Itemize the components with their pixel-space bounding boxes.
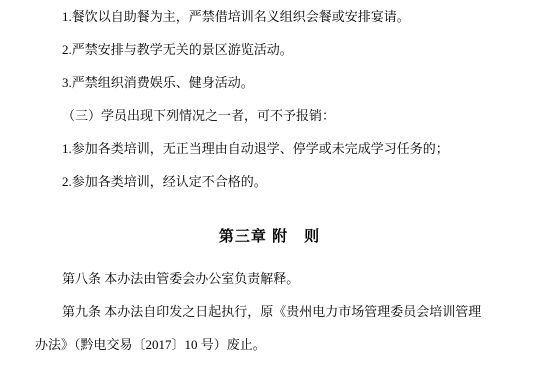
list-item-entertainment: 3.严禁组织消费娱乐、健身活动。 xyxy=(35,66,504,99)
chapter-heading: 第三章 附 则 xyxy=(35,220,504,253)
list-item-unqualified: 2.参加各类培训，经认定不合格的。 xyxy=(35,165,504,198)
list-item-sightseeing: 2.严禁安排与教学无关的景区游览活动。 xyxy=(35,33,504,66)
document-page: 1.餐饮以自助餐为主，严禁借培训名义组织会餐或安排宴请。 2.严禁安排与教学无关… xyxy=(0,0,534,386)
article-9: 第九条 本办法自印发之日起执行，原《贵州电力市场管理委员会培训管理 办法》（黔电… xyxy=(35,295,504,361)
list-item-withdrawal: 1.参加各类培训，无正当理由自动退学、停学或未完成学习任务的； xyxy=(35,132,504,165)
article-9-line-2: 办法》（黔电交易〔2017〕10 号）废止。 xyxy=(35,328,504,361)
article-8: 第八条 本办法由管委会办公室负责解释。 xyxy=(35,262,504,295)
list-item-dining: 1.餐饮以自助餐为主，严禁借培训名义组织会餐或安排宴请。 xyxy=(35,0,504,33)
article-9-line-1: 第九条 本办法自印发之日起执行，原《贵州电力市场管理委员会培训管理 xyxy=(35,295,504,328)
clause-three-intro: （三）学员出现下列情况之一者，可不予报销： xyxy=(35,99,504,132)
